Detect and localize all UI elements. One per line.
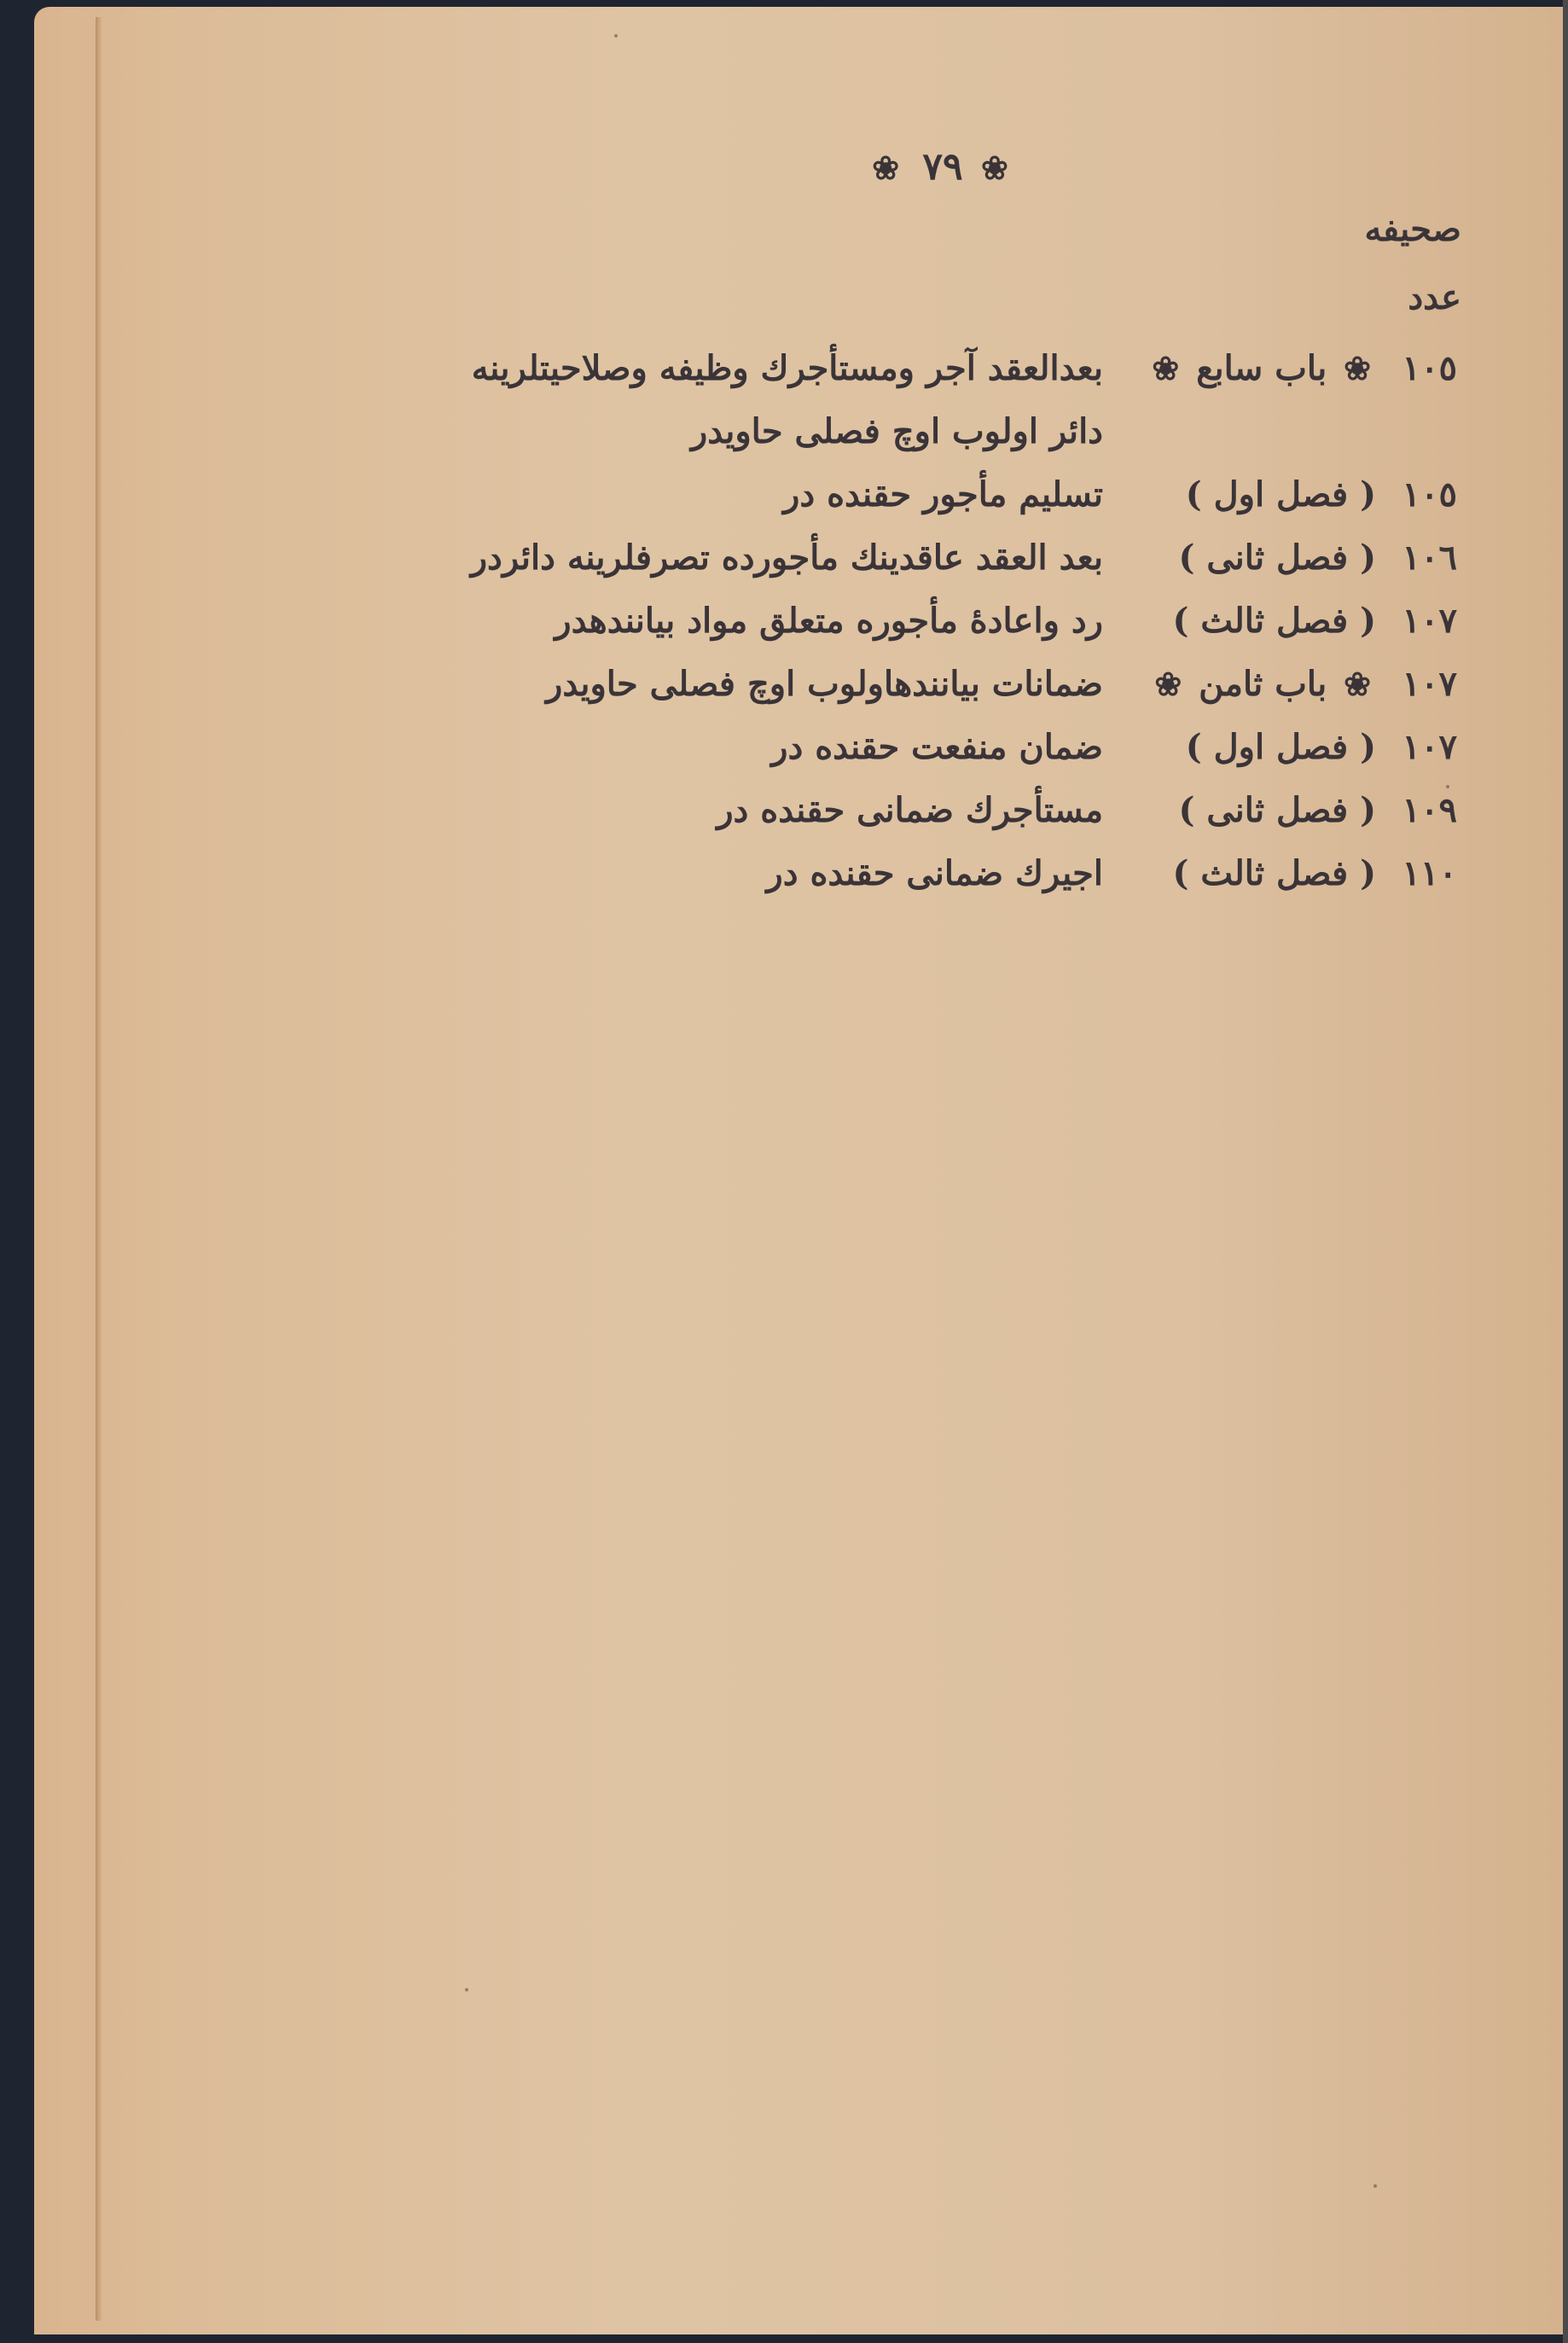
toc-description-line: اجيرك ضمانى حقنده در [391, 842, 1103, 905]
toc-entry-fasl-salis-2: ١١٠ ( فصل ثالث ) اجيرك ضمانى حقنده در [391, 842, 1457, 905]
toc-label: ( فصل اول ) [1120, 716, 1376, 779]
toc-entry-bab-sabi: ١٠٥ ❀ باب سابع ❀ بعدالعقد آجر ومستأجرك و… [391, 337, 1457, 463]
toc-description: مستأجرك ضمانى حقنده در [391, 779, 1120, 842]
toc-page-number: ١٠٥ [1376, 463, 1457, 526]
toc-description: بعدالعقد آجر ومستأجرك وظيفه وصلاحيتلرينه… [391, 337, 1120, 463]
toc-page-number: ١٠٥ [1376, 337, 1457, 400]
paper-speck [1446, 785, 1449, 788]
toc-entry-fasl-evvel-2: ١٠٧ ( فصل اول ) ضمان منفعت حقنده در [391, 716, 1457, 779]
floral-ornament-icon: ❀ [1152, 337, 1179, 400]
page-number: ❀ ٧٩ ❀ [857, 145, 1028, 189]
toc-page-number: ١٠٧ [1376, 716, 1457, 779]
toc-description-line: مستأجرك ضمانى حقنده در [391, 779, 1103, 842]
toc-label-text: باب ثامن [1199, 664, 1327, 704]
page-number-value: ٧٩ [922, 145, 962, 189]
toc-label: ❀ باب ثامن ❀ [1120, 653, 1376, 716]
toc-description: بعد العقد عاقدينك مأجورده تصرفلرينه دائر… [391, 526, 1120, 590]
paper-speck [614, 34, 618, 38]
toc-entry-fasl-sani-2: ١٠٩ ( فصل ثانى ) مستأجرك ضمانى حقنده در [391, 779, 1457, 842]
toc-description-line: ضمان منفعت حقنده در [391, 716, 1103, 779]
toc-entry-fasl-evvel: ١٠٥ ( فصل اول ) تسليم مأجور حقنده در [391, 463, 1457, 526]
floral-ornament-icon: ❀ [1154, 653, 1182, 716]
column-header-page: صحيفه [1364, 209, 1461, 249]
floral-ornament-icon: ❀ [872, 148, 904, 187]
toc-description-line: بعدالعقد آجر ومستأجرك وظيفه وصلاحيتلرينه [391, 337, 1103, 400]
toc-description-line: بعد العقد عاقدينك مأجورده تصرفلرينه دائر… [391, 526, 1103, 590]
toc-label: ( فصل ثالث ) [1120, 842, 1376, 905]
toc-label-text: فصل ثانى [1206, 538, 1348, 578]
toc-label-text: باب سابع [1196, 348, 1327, 388]
toc-label-text: فصل ثالث [1200, 601, 1348, 641]
toc-label-text: فصل ثانى [1206, 790, 1348, 830]
toc-label: ( فصل ثانى ) [1120, 779, 1376, 842]
toc-entry-fasl-salis: ١٠٧ ( فصل ثالث ) رد واعادهٔ مأجوره متعلق… [391, 590, 1457, 653]
toc-description: ضمانات بيانندهاولوب اوچ فصلى حاويدر [391, 653, 1120, 716]
floral-ornament-icon: ❀ [1344, 337, 1371, 400]
toc-label-text: فصل اول [1214, 727, 1349, 767]
toc-description-line: ضمانات بيانندهاولوب اوچ فصلى حاويدر [391, 653, 1103, 716]
toc-label-text: فصل اول [1214, 474, 1349, 515]
scan-right-edge [1563, 0, 1568, 2343]
paper-speck [465, 1988, 468, 1991]
toc-description-line: دائر اولوب اوچ فصلى حاويدر [391, 400, 1103, 463]
toc-description: اجيرك ضمانى حقنده در [391, 842, 1120, 905]
toc-page-number: ١١٠ [1376, 842, 1457, 905]
paper-speck [1373, 2184, 1377, 2188]
toc-label: ( فصل اول ) [1120, 463, 1376, 526]
column-header-number: عدد [1408, 277, 1461, 317]
toc-entry-bab-samin: ١٠٧ ❀ باب ثامن ❀ ضمانات بيانندهاولوب اوچ… [391, 653, 1457, 716]
floral-ornament-icon: ❀ [981, 148, 1013, 187]
toc-description: ضمان منفعت حقنده در [391, 716, 1120, 779]
toc-page-number: ١٠٧ [1376, 590, 1457, 653]
toc-description: رد واعادهٔ مأجوره متعلق مواد بيانندهدر [391, 590, 1120, 653]
toc-page-number: ١٠٦ [1376, 526, 1457, 590]
toc-description-line: رد واعادهٔ مأجوره متعلق مواد بيانندهدر [391, 590, 1103, 653]
toc-description-line: تسليم مأجور حقنده در [391, 463, 1103, 526]
page-gutter-shadow [96, 17, 102, 2321]
toc-label: ❀ باب سابع ❀ [1120, 337, 1376, 400]
floral-ornament-icon: ❀ [1344, 653, 1371, 716]
table-of-contents: ١٠٥ ❀ باب سابع ❀ بعدالعقد آجر ومستأجرك و… [391, 337, 1457, 905]
toc-label-text: فصل ثالث [1200, 853, 1348, 893]
toc-label: ( فصل ثانى ) [1120, 526, 1376, 590]
toc-description: تسليم مأجور حقنده در [391, 463, 1120, 526]
toc-page-number: ١٠٧ [1376, 653, 1457, 716]
toc-entry-fasl-sani: ١٠٦ ( فصل ثانى ) بعد العقد عاقدينك مأجور… [391, 526, 1457, 590]
toc-page-number: ١٠٩ [1376, 779, 1457, 842]
toc-label: ( فصل ثالث ) [1120, 590, 1376, 653]
